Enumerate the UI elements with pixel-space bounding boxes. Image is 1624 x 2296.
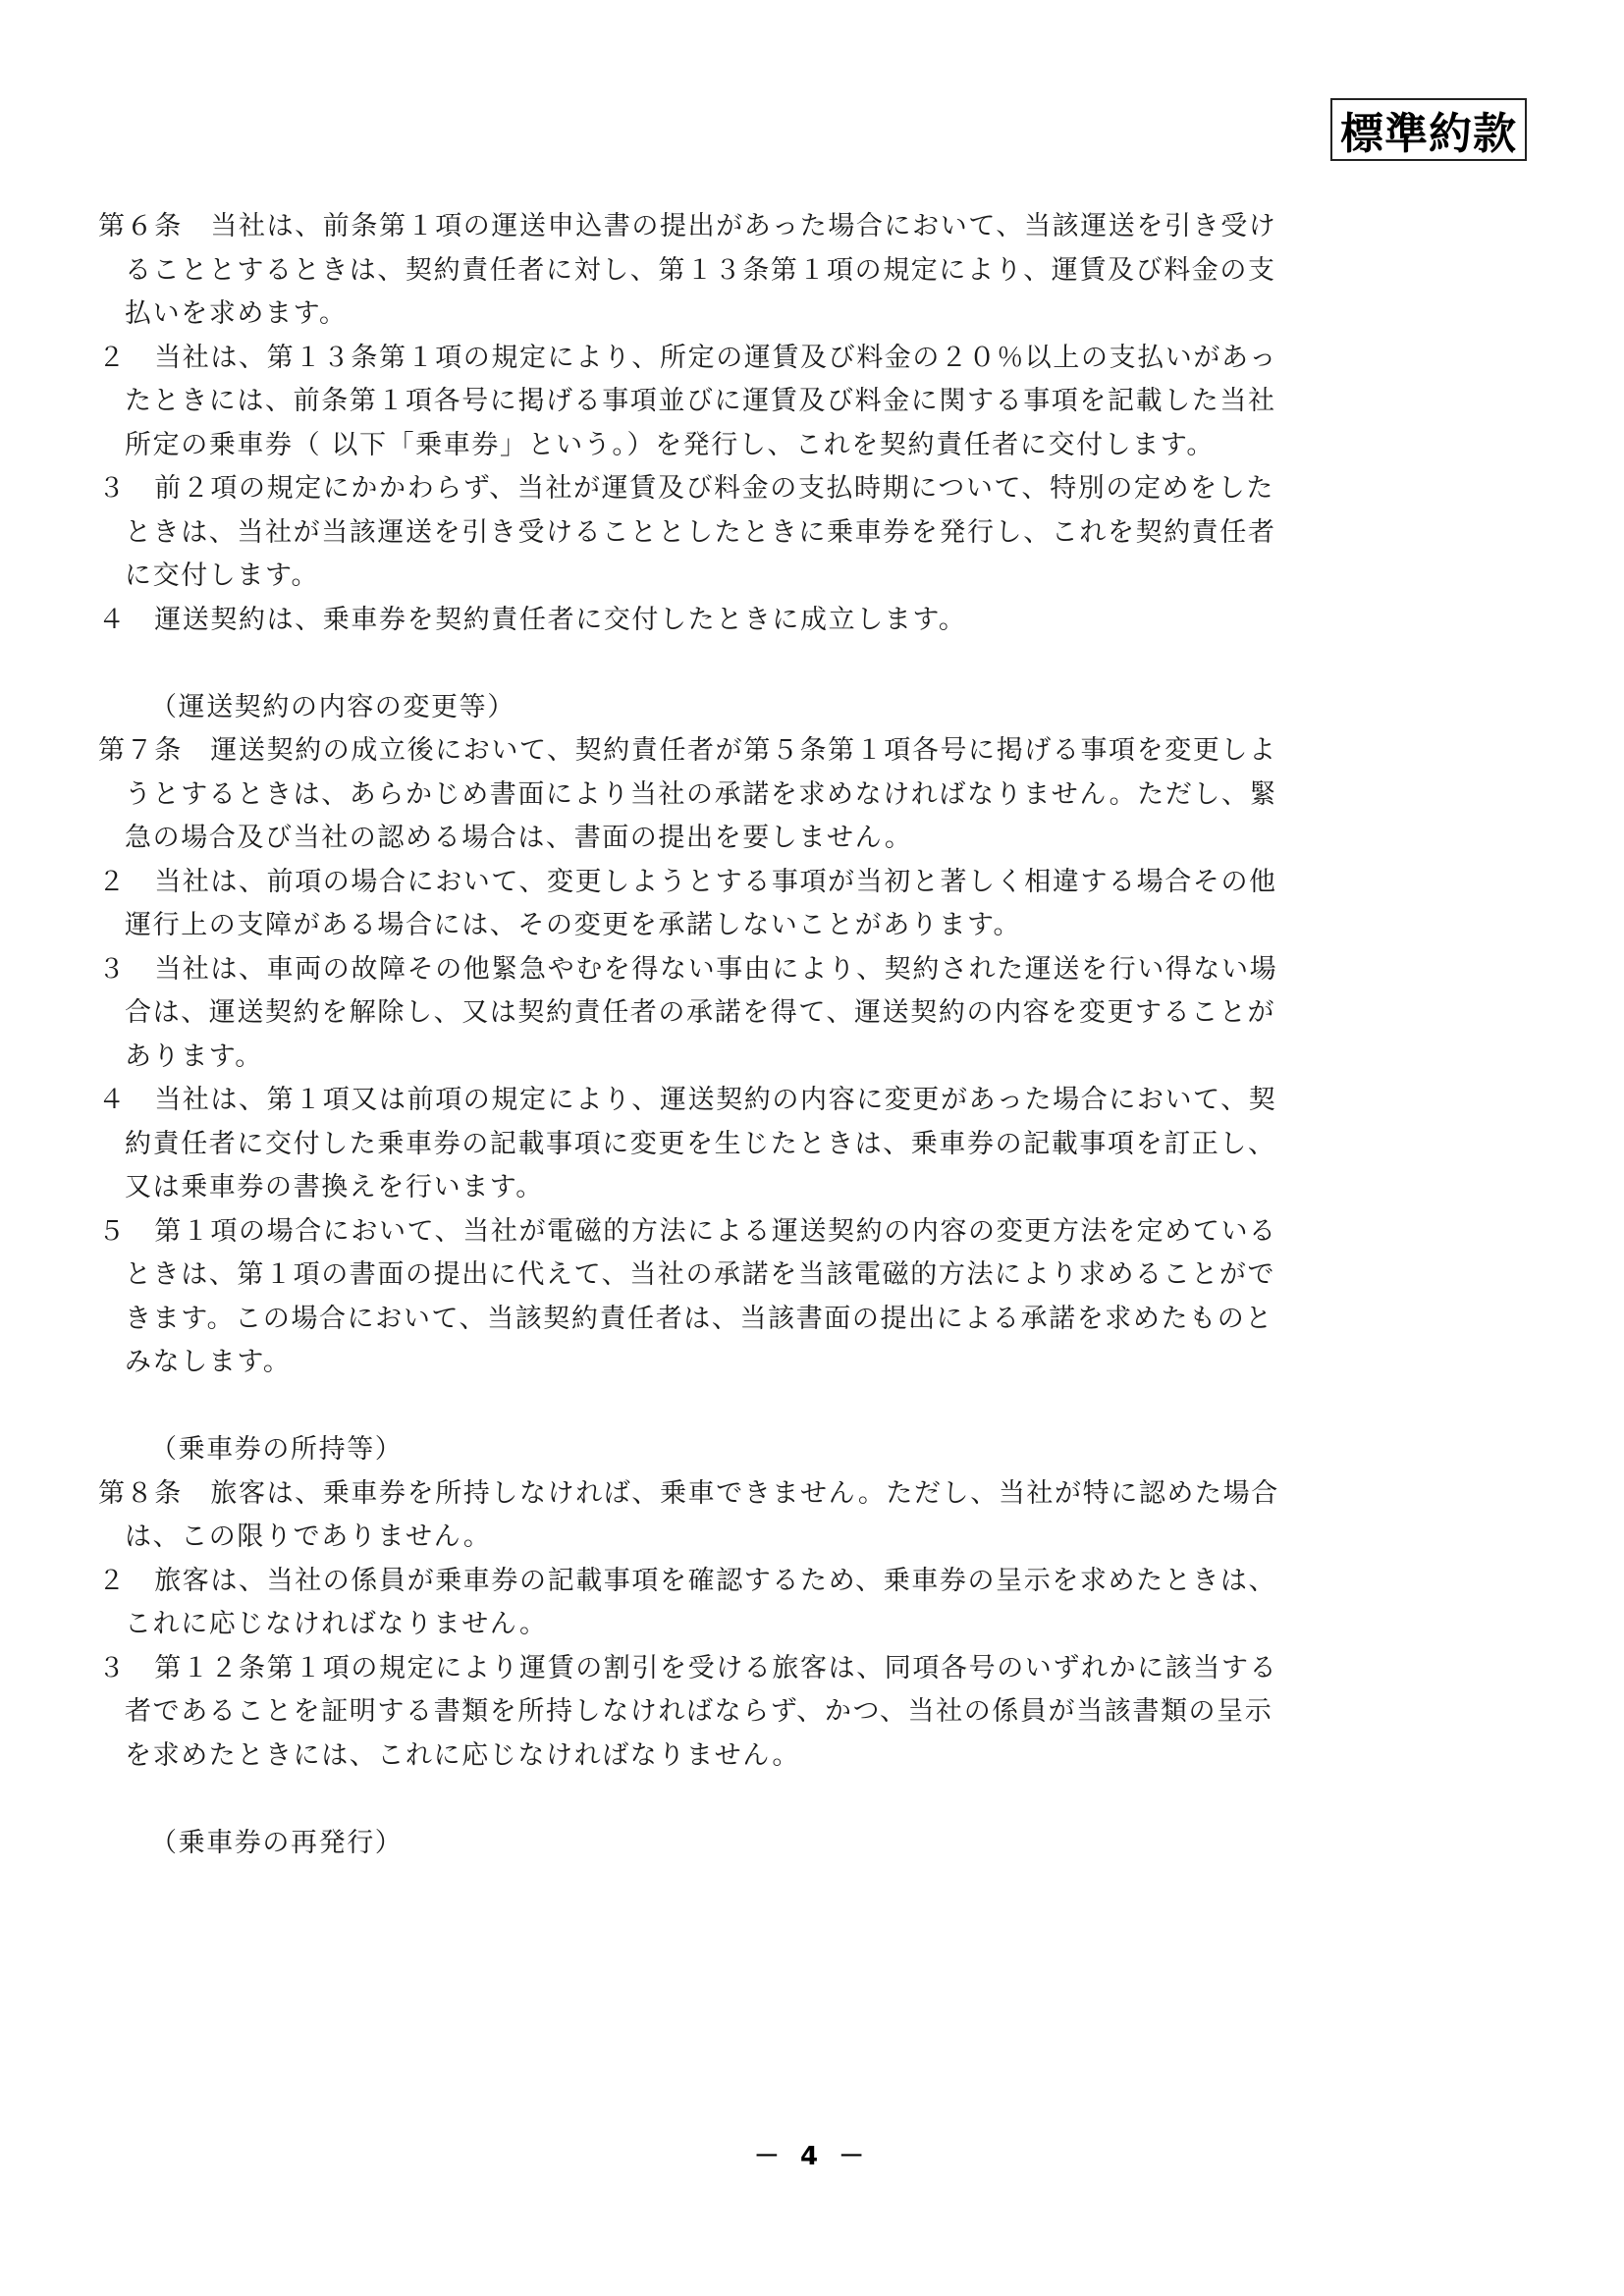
blank-line [98,1385,1537,1429]
clause-continuation-line: たときには、前条第１項各号に掲げる事項並びに運賃及び料金に関する事項を記載した当… [98,380,1537,424]
standard-terms-badge: 標準約款 [1330,98,1527,161]
clause-continuation-line: 者であることを証明する書類を所持しなければならず、かつ、当社の係員が当該書類の呈… [98,1690,1537,1735]
clause-first-line: 第８条 旅客は、乗車券を所持しなければ、乗車できません。ただし、当社が特に認めた… [98,1472,1537,1517]
clause-continuation-line: うとするときは、あらかじめ書面により当社の承諾を求めなければなりません。ただし、… [98,774,1537,818]
clause-continuation-line: みなします。 [98,1341,1537,1385]
clause-continuation-line: に交付します。 [98,555,1537,599]
clause-first-line: ４ 当社は、第１項又は前項の規定により、運送契約の内容に変更があった場合において… [98,1079,1537,1123]
article-heading: （乗車券の所持等） [98,1428,1537,1472]
clause-continuation-line: 又は乗車券の書換えを行います。 [98,1166,1537,1210]
clause-continuation-line: 所定の乗車券（ 以下「乗車券」という。）を発行し、これを契約責任者に交付します。 [98,424,1537,468]
clause-continuation-line: ときは、当社が当該運送を引き受けることとしたときに乗車券を発行し、これを契約責任… [98,511,1537,556]
clause-continuation-line: 払いを求めます。 [98,293,1537,337]
clause-first-line: ３ 第１２条第１項の規定により運賃の割引を受ける旅客は、同項各号のいずれかに該当… [98,1647,1537,1691]
clause-continuation-line: は、この限りでありません。 [98,1516,1537,1560]
clause-first-line: ３ 前２項の規定にかかわらず、当社が運賃及び料金の支払時期について、特別の定めを… [98,467,1537,511]
clause-continuation-line: を求めたときには、これに応じなければなりません。 [98,1735,1537,1779]
clause-continuation-line: 約責任者に交付した乗車券の記載事項に変更を生じたときは、乗車券の記載事項を訂正し… [98,1123,1537,1167]
clause-continuation-line: これに応じなければなりません。 [98,1603,1537,1647]
clause-continuation-line: ときは、第１項の書面の提出に代えて、当社の承諾を当該電磁的方法により求めることが… [98,1254,1537,1298]
clause-continuation-line: 急の場合及び当社の認める場合は、書面の提出を要しません。 [98,817,1537,861]
article-heading: （乗車券の再発行） [98,1822,1537,1866]
clause-first-line: ２ 当社は、第１３条第１項の規定により、所定の運賃及び料金の２０％以上の支払いが… [98,337,1537,381]
clause-continuation-line: 合は、運送契約を解除し、又は契約責任者の承諾を得て、運送契約の内容を変更すること… [98,991,1537,1036]
clause-continuation-line: 運行上の支障がある場合には、その変更を承諾しないことがあります。 [98,904,1537,948]
clause-first-line: ５ 第１項の場合において、当社が電磁的方法による運送契約の内容の変更方法を定めて… [98,1210,1537,1255]
clause-first-line: ２ 当社は、前項の場合において、変更しようとする事項が当初と著しく相違する場合そ… [98,861,1537,905]
blank-line [98,642,1537,686]
blank-line [98,1778,1537,1822]
clause-first-line: 第７条 運送契約の成立後において、契約責任者が第５条第１項各号に掲げる事項を変更… [98,729,1537,774]
clause-continuation-line: きます。この場合において、当該契約責任者は、当該書面の提出による承諾を求めたもの… [98,1298,1537,1342]
page-number: － 4 － [0,2136,1624,2172]
clause-continuation-line: ることとするときは、契約責任者に対し、第１３条第１項の規定により、運賃及び料金の… [98,249,1537,294]
clause-continuation-line: あります。 [98,1036,1537,1080]
clause-first-line: ３ 当社は、車両の故障その他緊急やむを得ない事由により、契約された運送を行い得な… [98,948,1537,992]
clause-first-line: 第６条 当社は、前条第１項の運送申込書の提出があった場合において、当該運送を引き… [98,205,1537,249]
clause-first-line: ４ 運送契約は、乗車券を契約責任者に交付したときに成立します。 [98,599,1537,643]
clause-first-line: ２ 旅客は、当社の係員が乗車券の記載事項を確認するため、乗車券の呈示を求めたとき… [98,1560,1537,1604]
article-heading: （運送契約の内容の変更等） [98,686,1537,730]
document-body: 第６条 当社は、前条第１項の運送申込書の提出があった場合において、当該運送を引き… [98,205,1537,1865]
